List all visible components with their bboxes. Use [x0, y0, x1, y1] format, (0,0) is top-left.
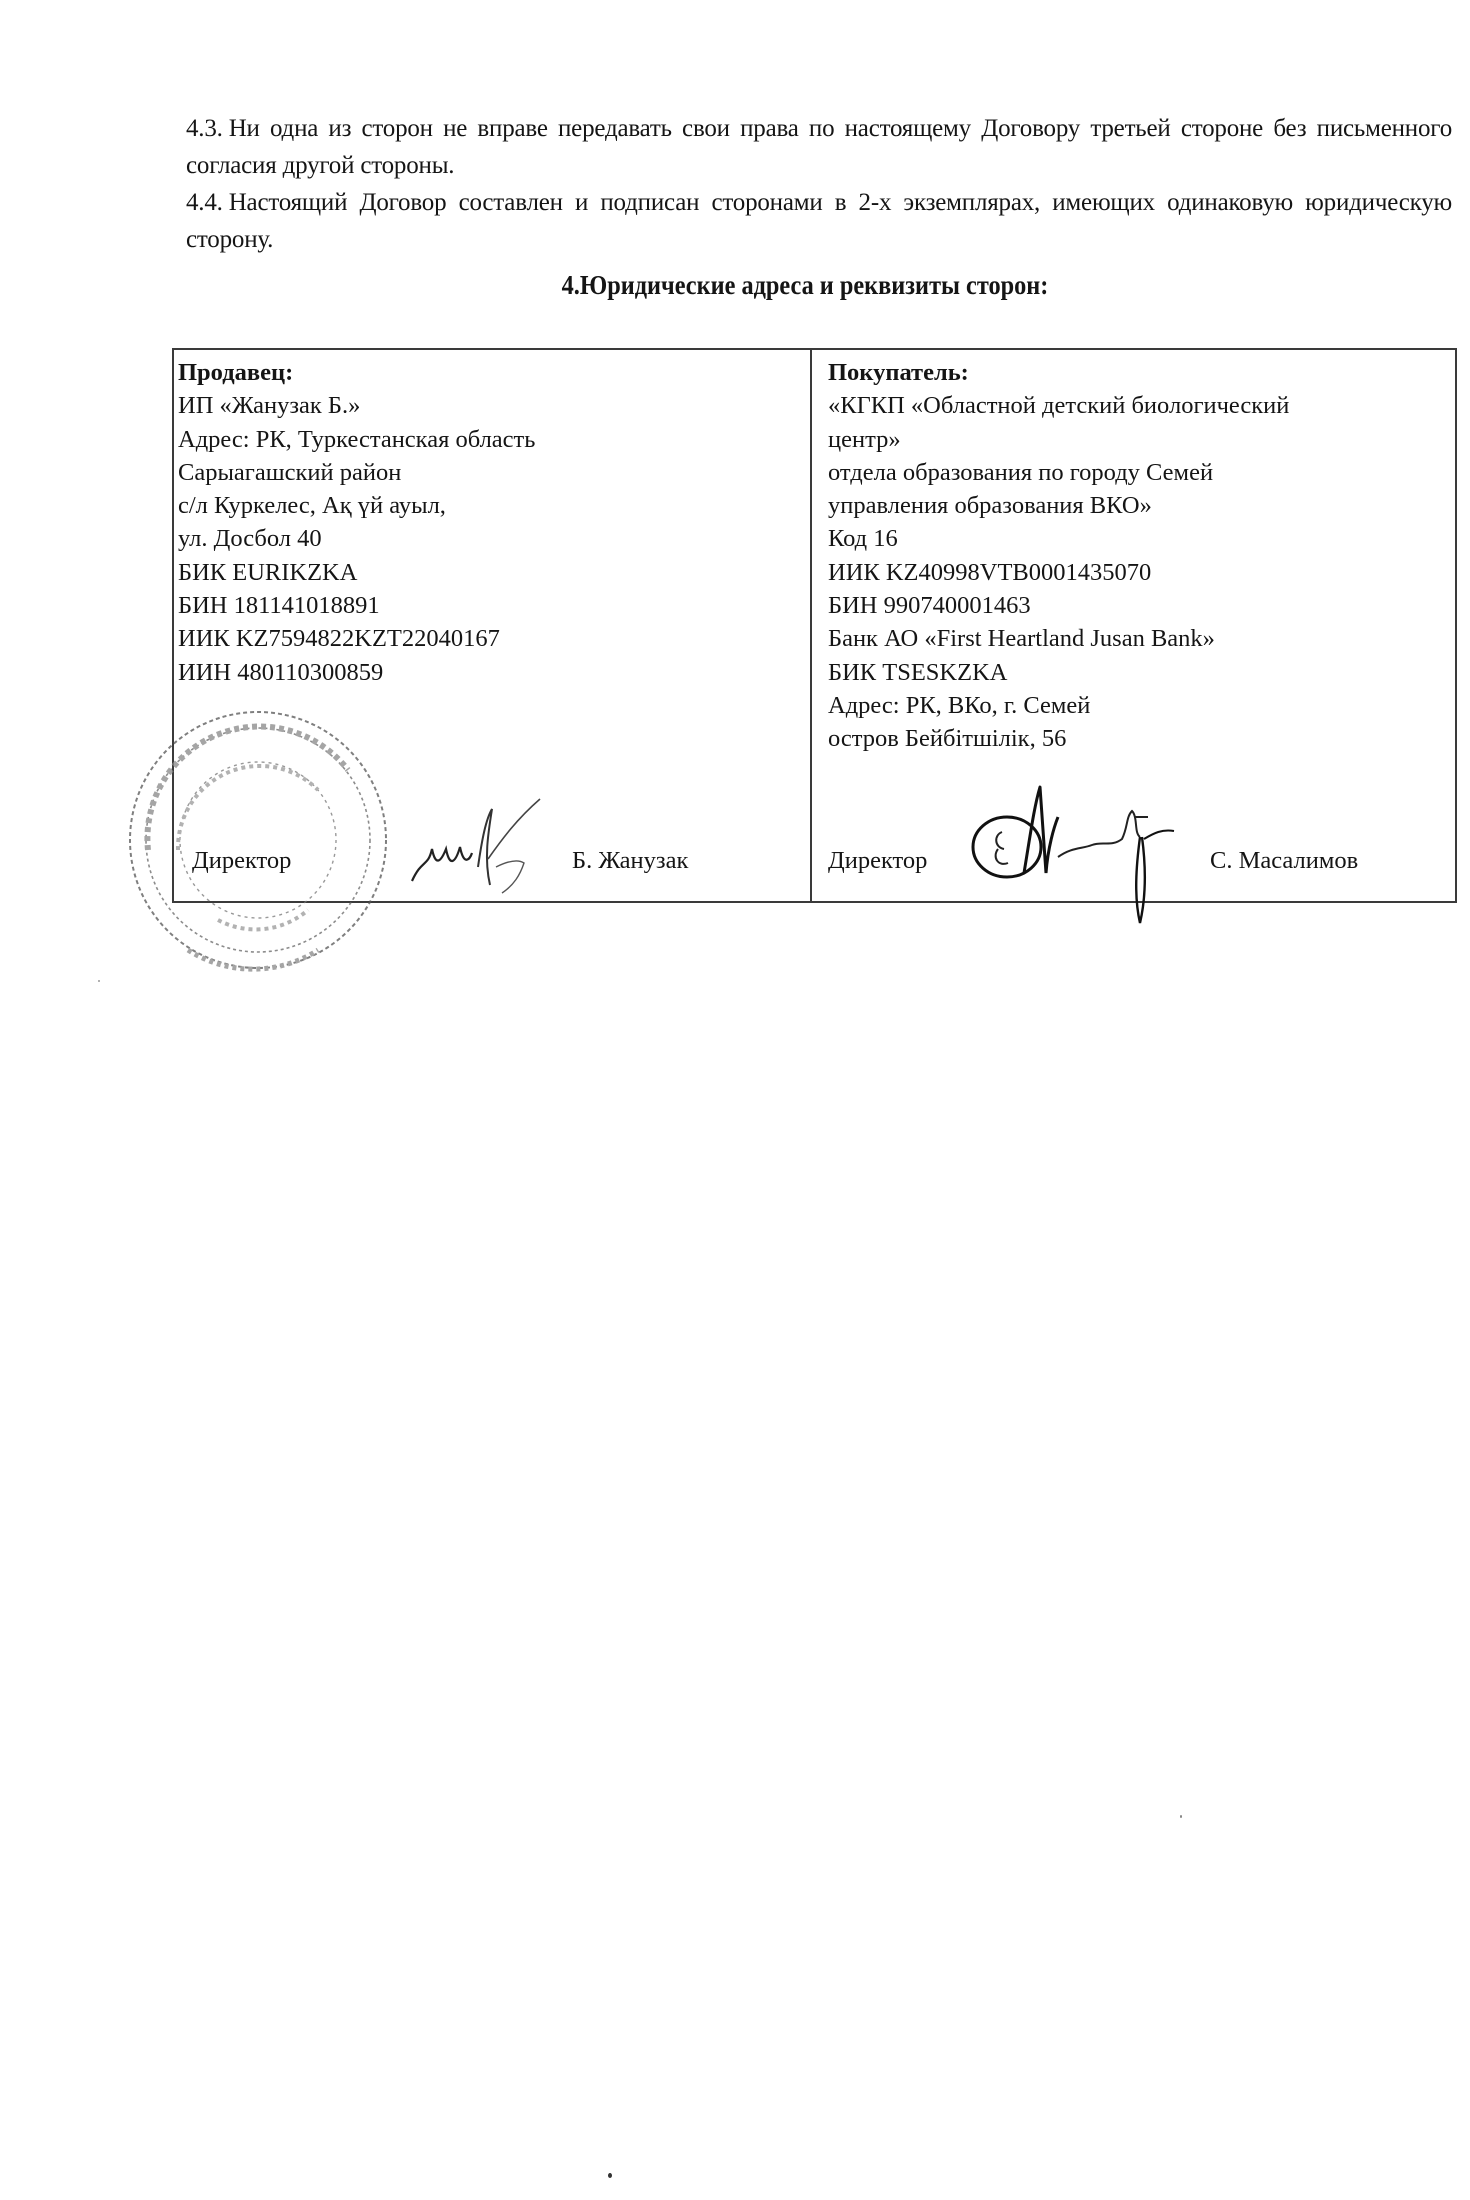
buyer-line: БИК TSESKZKA	[828, 656, 1455, 689]
buyer-signature-name: С. Масалимов	[1210, 844, 1358, 877]
seller-cell: Продавец: ИП «Жанузак Б.» Адрес: РК, Тур…	[174, 350, 812, 901]
buyer-label: Покупатель:	[828, 356, 1455, 389]
seller-label: Продавец:	[178, 356, 810, 389]
section-heading: 4.Юридические адреса и реквизиты сторон:	[216, 268, 1395, 302]
buyer-line: Адрес: РК, ВКо, г. Семей	[828, 689, 1455, 722]
seller-line: Сарыагашский район	[178, 456, 810, 489]
seller-line: ИИК KZ7594822KZT22040167	[178, 622, 810, 655]
requisites-table: Продавец: ИП «Жанузак Б.» Адрес: РК, Тур…	[172, 348, 1457, 903]
buyer-line: БИН 990740001463	[828, 589, 1455, 622]
clause-text: Настоящий Договор составлен и подписан с…	[186, 189, 1452, 253]
clause-4-3: 4.3.Ни одна из сторон не вправе передава…	[186, 110, 1452, 184]
buyer-signature-role: Директор	[828, 844, 927, 877]
seller-signature-role: Директор	[192, 844, 291, 877]
buyer-line: отдела образования по городу Семей	[828, 456, 1455, 489]
buyer-line: ИИК KZ40998VTB0001435070	[828, 556, 1455, 589]
seller-line: ИП «Жанузак Б.»	[178, 389, 810, 422]
seller-signature-row: Директор Б. Жанузак	[174, 837, 810, 877]
clause-number: 4.4.	[186, 189, 223, 216]
buyer-signature-row: Директор С. Масалимов	[812, 837, 1455, 877]
buyer-line: Код 16	[828, 522, 1455, 555]
seller-line: Адрес: РК, Туркестанская область	[178, 423, 810, 456]
seller-signature-icon	[392, 789, 562, 899]
buyer-line: Банк АО «First Heartland Jusan Bank»	[828, 622, 1455, 655]
buyer-cell: Покупатель: «КГКП «Областной детский био…	[812, 350, 1455, 901]
buyer-signature-icon	[962, 777, 1212, 927]
seller-line: БИК EURIKZKA	[178, 556, 810, 589]
buyer-line: «КГКП «Областной детский биологический	[828, 389, 1455, 422]
seller-line: ИИН 480110300859	[178, 656, 810, 689]
scan-speck	[98, 980, 100, 982]
scan-speck	[1180, 1815, 1182, 1818]
seller-line: БИН 181141018891	[178, 589, 810, 622]
buyer-line: управления образования ВКО»	[828, 489, 1455, 522]
seller-line: с/л Куркелес, Ақ үй ауыл,	[178, 489, 810, 522]
clause-4-4: 4.4.Настоящий Договор составлен и подпис…	[186, 184, 1452, 258]
buyer-line: остров Бейбітшілік, 56	[828, 722, 1455, 755]
clause-text: Ни одна из сторон не вправе передавать с…	[186, 115, 1452, 179]
clause-number: 4.3.	[186, 115, 223, 142]
buyer-line: центр»	[828, 423, 1455, 456]
seller-line: ул. Досбол 40	[178, 522, 810, 555]
contract-clauses: 4.3.Ни одна из сторон не вправе передава…	[186, 110, 1452, 258]
seller-signature-name: Б. Жанузак	[572, 844, 688, 877]
scan-speck	[608, 2173, 612, 2178]
